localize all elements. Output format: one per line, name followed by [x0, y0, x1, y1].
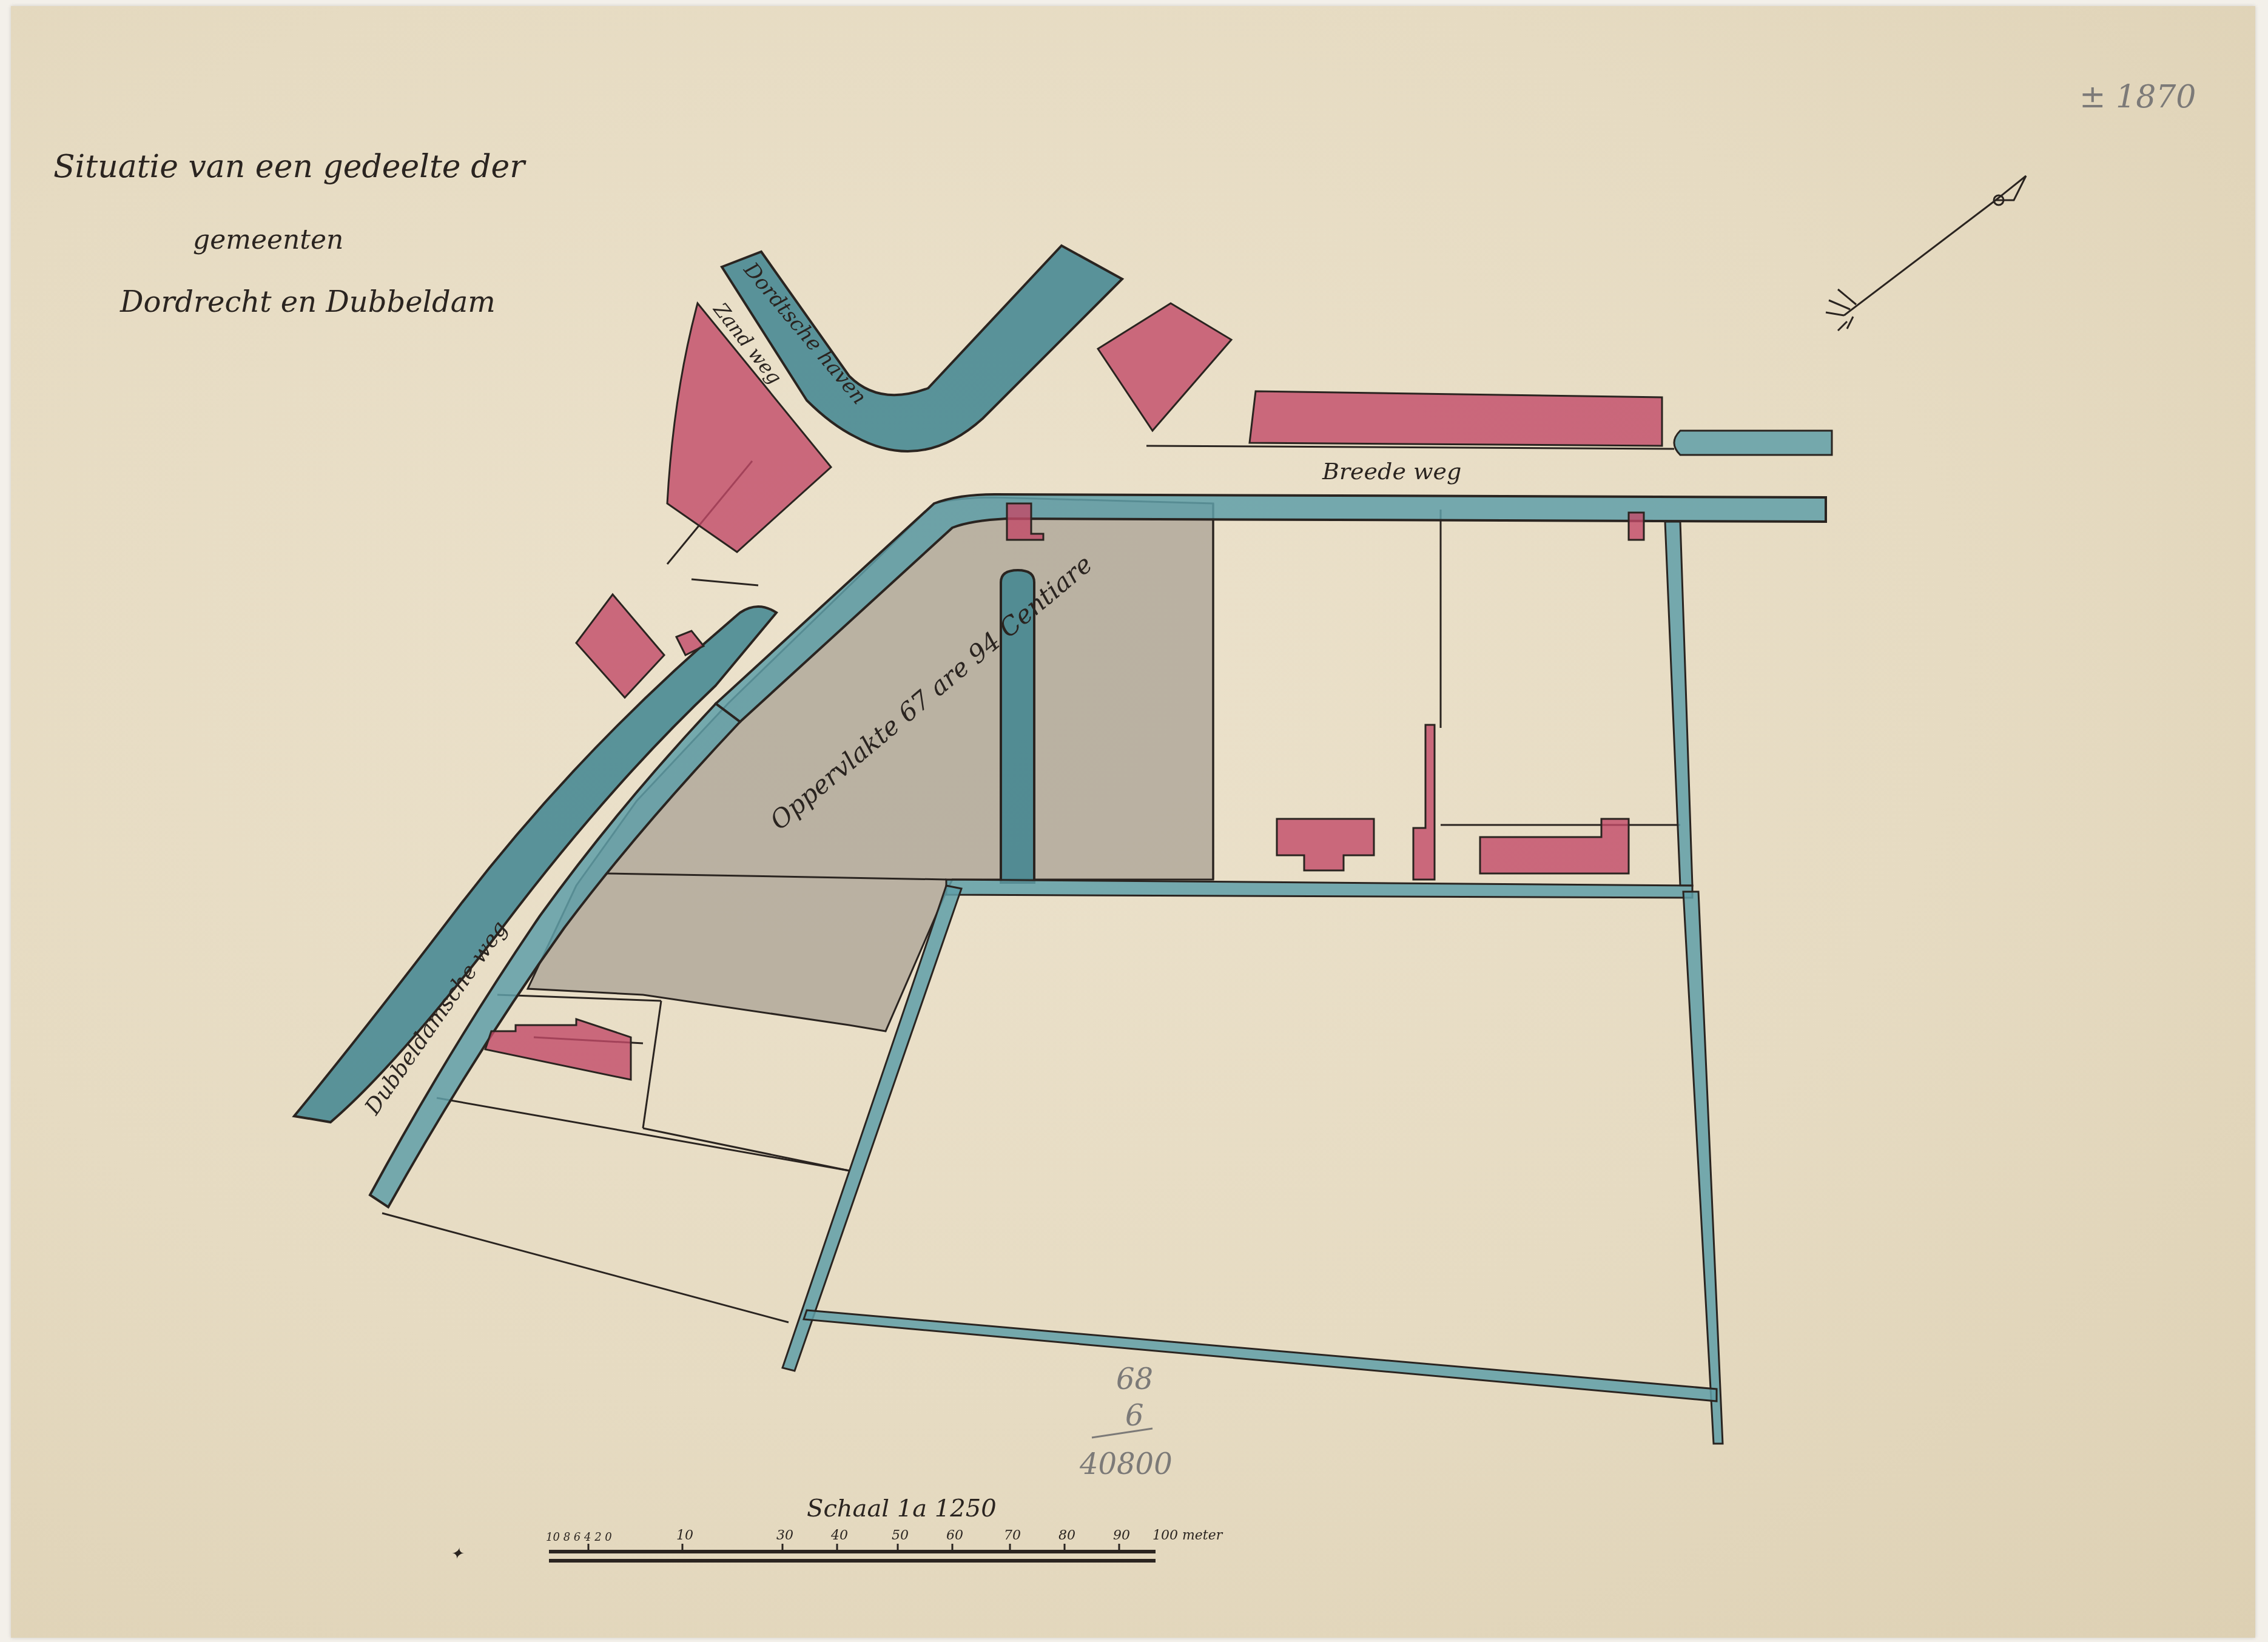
building-top-middle [1098, 303, 1231, 431]
pencil-calc-b: 6 [1125, 1399, 1144, 1433]
scale-tick-90: 90 [1113, 1528, 1130, 1543]
building-tall-thin [1413, 725, 1435, 880]
building-top-long [1250, 391, 1662, 446]
scale-title: Schaal 1a 1250 [807, 1495, 997, 1523]
map-drawing: Dordtsche haven Zand weg Breede weg Dubb… [11, 6, 2255, 1638]
north-arrow-icon [1826, 176, 2026, 331]
middle-horizontal-canal [946, 880, 1692, 898]
building-t-shaped [1277, 819, 1374, 870]
building-right-small [1629, 513, 1644, 540]
right-vertical-canal [1665, 522, 1692, 886]
scale-tick-50: 50 [892, 1528, 909, 1543]
scale-tick-70: 70 [1004, 1528, 1021, 1543]
scale-tick-60: 60 [946, 1528, 963, 1543]
scale-tick-10: 10 [676, 1528, 693, 1543]
pencil-calc-result: 40800 [1079, 1447, 1173, 1481]
map-sheet: Situatie van een gedeelte der gemeenten … [11, 6, 2255, 1638]
breede-weg-road [1146, 446, 1674, 449]
scale-sub-ticks: 10 8 6 4 2 0 [546, 1531, 612, 1544]
building-left-square [576, 594, 664, 698]
bottom-slanted-canal [804, 1310, 1717, 1401]
pencil-calculation: 68 6 40800 [1079, 1362, 1173, 1481]
label-breede-weg: Breede weg [1322, 458, 1461, 485]
building-lower-left [485, 1019, 631, 1080]
scale-tick-30: 30 [776, 1528, 793, 1543]
scale-tick-80: 80 [1058, 1528, 1075, 1543]
scale-bar: Schaal 1a 1250 10 8 6 4 2 0 10 30 40 50 … [450, 1495, 1223, 1563]
scale-mark-symbol: ✦ [450, 1545, 465, 1563]
canal-stub-top-right [1674, 431, 1832, 455]
scale-tick-100: 100 meter [1153, 1528, 1223, 1543]
building-l-shaped [1480, 819, 1629, 873]
scale-tick-40: 40 [830, 1528, 848, 1543]
right-long-canal [1683, 892, 1723, 1444]
pencil-calc-a: 68 [1116, 1362, 1153, 1396]
